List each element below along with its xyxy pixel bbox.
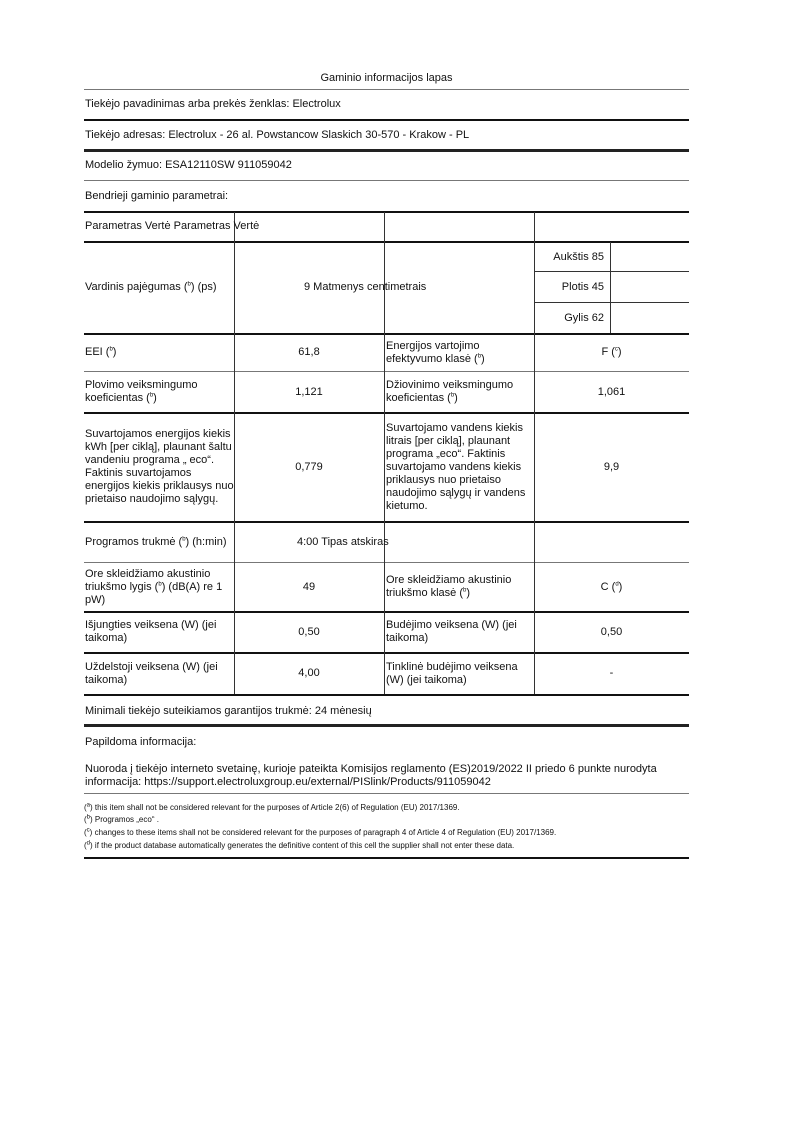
off-mode-value: 0,50 [234,612,384,652]
additional-info-text-2: informacija: https://support.electroluxg… [85,776,491,788]
dimension-width: Plotis 45 [534,272,604,302]
water-consumption-label: Suvartojamo vandens kiekis litrais [per … [385,413,534,521]
noise-level-label: Ore skleidžiamo akustinio triukšmo lygis… [84,563,234,611]
footnote-a: (a) this item shall not be considered re… [84,803,460,812]
capacity-label: Vardinis pajėgumas (b) (ps) [84,242,234,333]
energy-consumption-value: 0,779 [234,413,384,521]
additional-info-heading: Papildoma informacija: [85,736,196,748]
delay-start-value: 4,00 [234,653,384,694]
noise-class-label: Ore skleidžiamo akustinio triukšmo klasė… [385,563,534,611]
divider [84,724,689,727]
energy-class-label: Energijos vartojimo efektyvumo klasė (b) [385,334,534,371]
networked-standby-value: - [534,653,689,694]
off-mode-label: Išjungties veiksena (W) (jei taikoma) [84,612,234,652]
divider [84,89,689,90]
divider [84,149,689,152]
dimension-height: Aukštis 85 [534,242,604,272]
table-header: Parametras Vertė Parametras Vertė [84,212,384,241]
model-identifier: Modelio žymuo: ESA12110SW 911059042 [85,159,292,171]
standby-mode-value: 0,50 [534,612,689,652]
divider [84,857,689,859]
delay-start-label: Uždelstoji veiksena (W) (jei taikoma) [84,653,234,694]
footnote-d: (d) if the product database automaticall… [84,841,514,850]
cleaning-index-label: Plovimo veiksmingumo koeficientas (b) [84,372,234,412]
footnote-b: (b) Programos „eco“ . [84,815,159,824]
supplier-address: Tiekėjo adresas: Electrolux - 26 al. Pow… [85,129,469,141]
energy-class-value: F (c) [534,334,689,371]
document-title: Gaminio informacijos lapas [84,72,689,84]
divider [84,119,689,121]
general-parameters-heading: Bendrieji gaminio parametrai: [85,190,228,202]
additional-info-text-1: Nuoroda į tiekėjo interneto svetainę, ku… [85,763,657,775]
supplier-name: Tiekėjo pavadinimas arba prekės ženklas:… [85,98,341,110]
noise-class-value: C (d) [534,563,689,611]
program-duration-label: Programos trukmė (b) (h:min) [84,522,234,562]
duration-and-type-value: 4:00 Tipas atskiras [297,522,497,562]
water-consumption-value: 9,9 [534,413,689,521]
eei-value: 61,8 [234,334,384,371]
cleaning-index-value: 1,121 [234,372,384,412]
networked-standby-label: Tinklinė budėjimo veiksena (W) (jei taik… [385,653,534,694]
divider [84,793,689,794]
dimension-depth: Gylis 62 [534,303,604,333]
noise-level-value: 49 [234,563,384,611]
energy-consumption-label: Suvartojamos energijos kiekis kWh [per c… [84,413,234,521]
warranty-duration: Minimali tiekėjo suteikiamos garantijos … [85,705,372,717]
eei-label: EEI (b) [84,334,234,371]
divider [84,180,689,181]
drying-index-value: 1,061 [534,372,689,412]
drying-index-label: Džiovinimo veiksmingumo koeficientas (b) [385,372,534,412]
footnote-c: (c) changes to these items shall not be … [84,828,556,837]
standby-mode-label: Budėjimo veiksena (W) (jei taikoma) [385,612,534,652]
capacity-value-dimensions: 9 Matmenys centimetrais [304,242,504,333]
